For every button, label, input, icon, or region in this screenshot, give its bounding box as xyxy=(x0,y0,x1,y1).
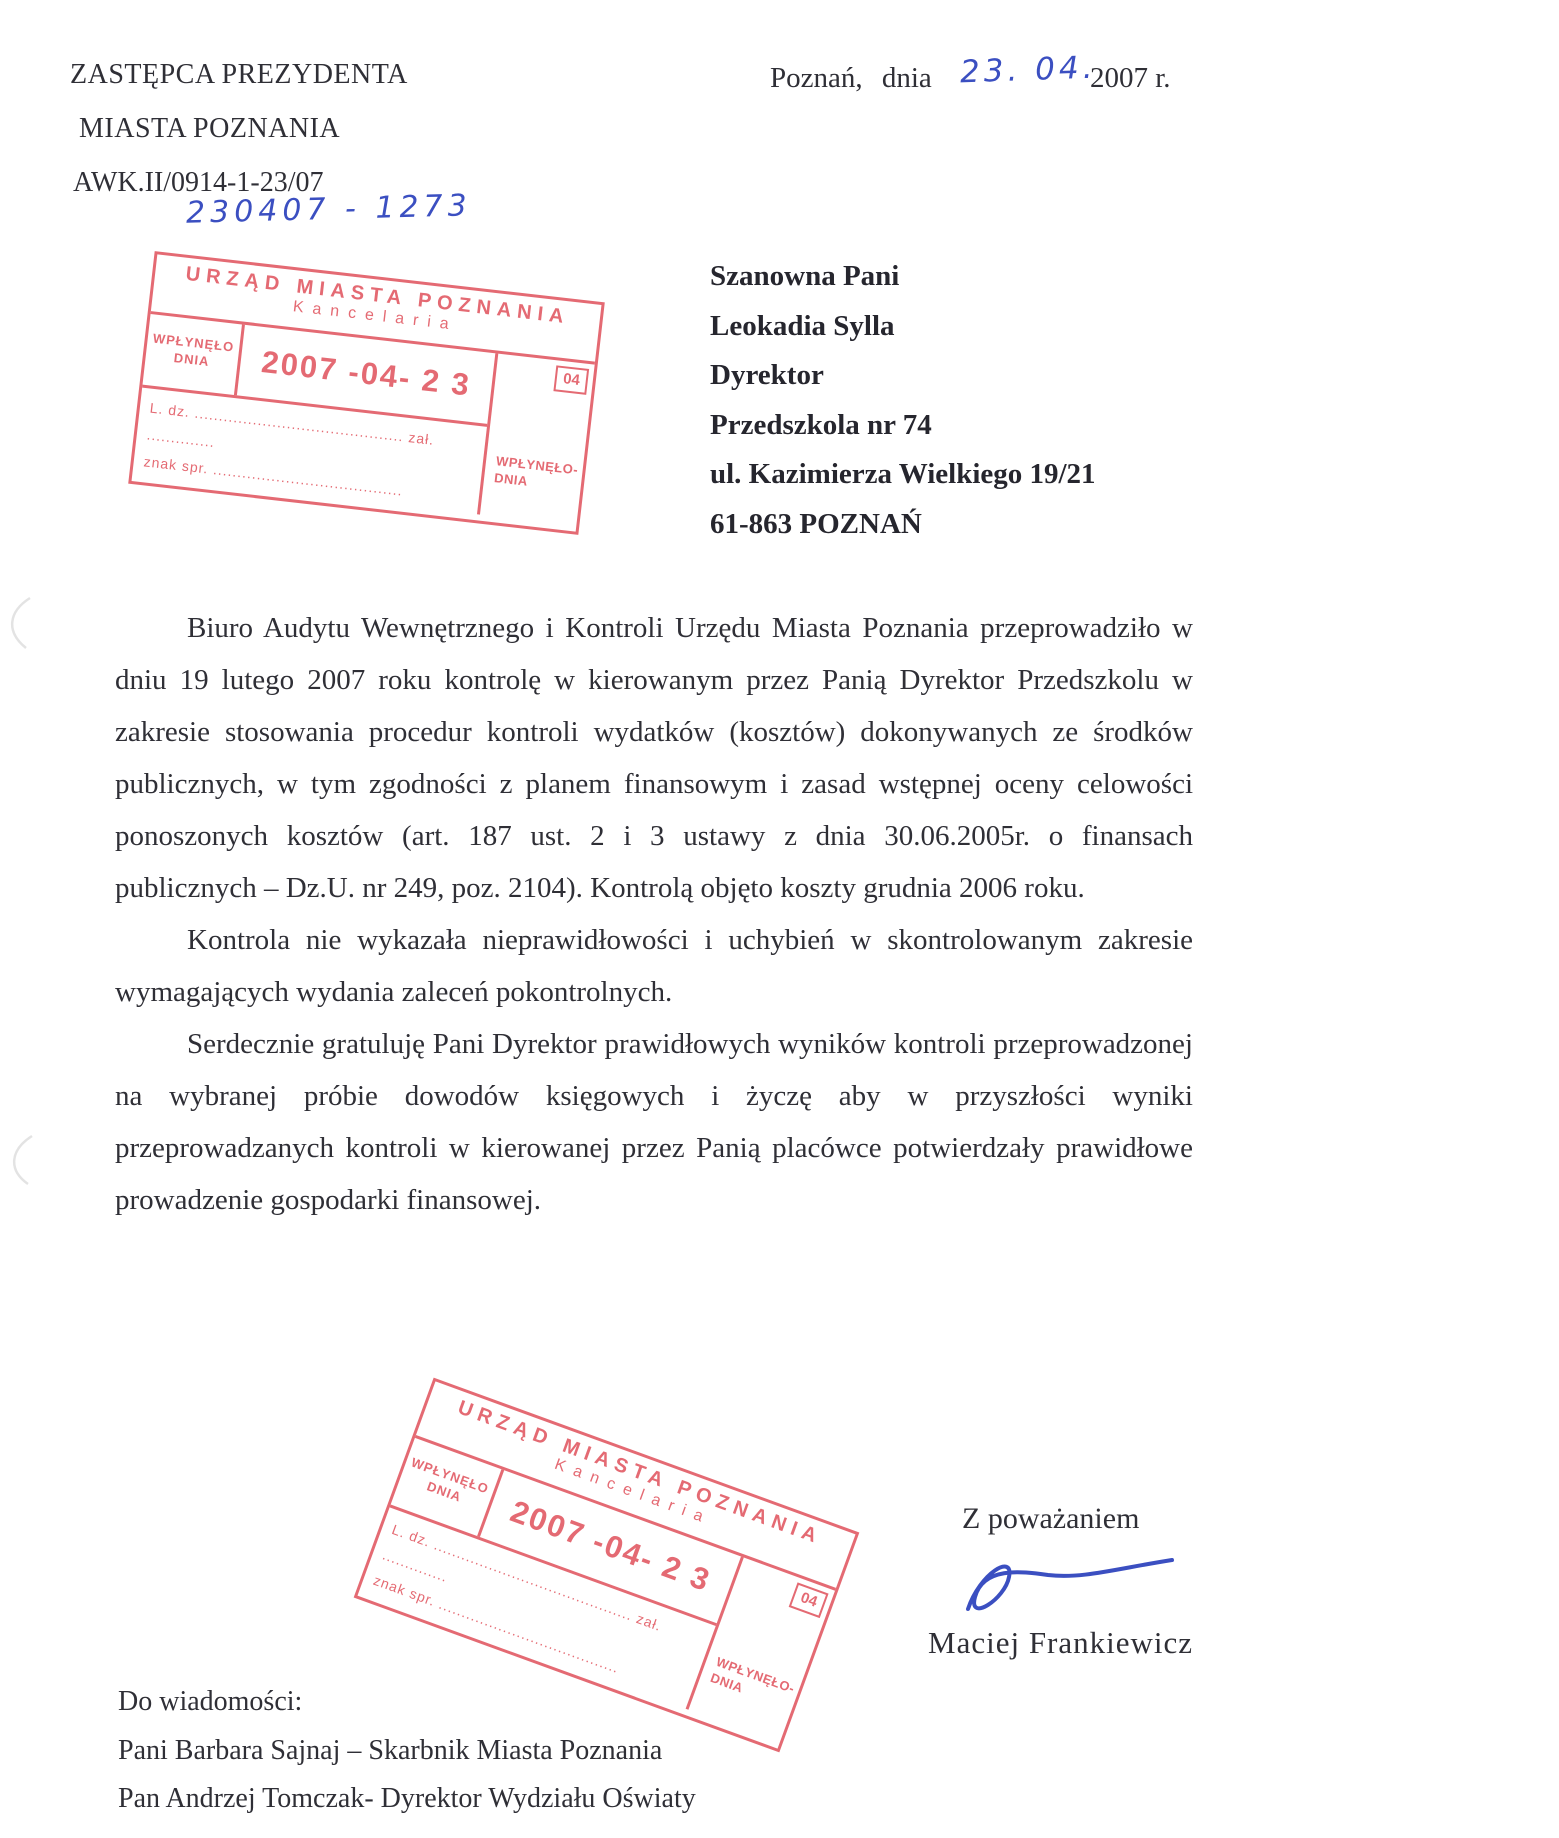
body-paragraph-1: Biuro Audytu Wewnętrznego i Kontroli Urz… xyxy=(115,602,1193,914)
stamp-received-label-2: WPŁYNĘŁO- DNIA xyxy=(708,1653,797,1713)
recipient-city: 61-863 POZNAŃ xyxy=(710,500,1096,550)
cc-line-1: Pani Barbara Sajnaj – Skarbnik Miasta Po… xyxy=(118,1727,696,1776)
recipient-institution: Przedszkola nr 74 xyxy=(710,401,1096,451)
closing-salutation: Z poważaniem xyxy=(962,1502,1139,1536)
sender-block: ZASTĘPCA PREZYDENTA MIASTA POZNANIA AWK.… xyxy=(70,48,408,210)
cc-label: Do wiadomości: xyxy=(118,1678,696,1727)
year-label: 2007 r. xyxy=(1090,62,1171,95)
recipient-name: Leokadia Sylla xyxy=(710,302,1096,352)
place-date-label: Poznań, dnia xyxy=(770,62,932,95)
signer-name: Maciej Frankiewicz xyxy=(928,1625,1193,1661)
stamp-unit-box: 04 xyxy=(789,1583,829,1619)
signature xyxy=(940,1545,1190,1635)
stamp-received-label-2: WPŁYNĘŁO- DNIA xyxy=(493,452,579,495)
recipient-street: ul. Kazimierza Wielkiego 19/21 xyxy=(710,450,1096,500)
sender-organization: MIASTA POZNANIA xyxy=(70,102,408,156)
recipient-position: Dyrektor xyxy=(710,351,1096,401)
body-paragraph-3: Serdecznie gratuluję Pani Dyrektor prawi… xyxy=(115,1018,1193,1226)
cc-line-2: Pan Andrzej Tomczak- Dyrektor Wydziału O… xyxy=(118,1775,696,1824)
stamp-unit-box: 04 xyxy=(554,365,589,395)
scan-artifact xyxy=(0,592,40,652)
recipient-block: Szanowna Pani Leokadia Sylla Dyrektor Pr… xyxy=(710,252,1096,549)
sender-title: ZASTĘPCA PREZYDENTA xyxy=(70,48,408,102)
scanned-letter-page: ZASTĘPCA PREZYDENTA MIASTA POZNANIA AWK.… xyxy=(0,0,1559,1838)
intake-stamp-top: URZĄD MIASTA POZNANIA Kancelaria WPŁYNĘŁ… xyxy=(128,251,605,535)
handwritten-date: 23. 04. xyxy=(959,50,1097,91)
body-paragraph-2: Kontrola nie wykazała nieprawidłowości i… xyxy=(115,914,1193,1018)
cc-block: Do wiadomości: Pani Barbara Sajnaj – Ska… xyxy=(118,1678,696,1824)
scan-artifact xyxy=(0,1128,40,1188)
letter-body: Biuro Audytu Wewnętrznego i Kontroli Urz… xyxy=(115,602,1193,1226)
recipient-salutation: Szanowna Pani xyxy=(710,252,1096,302)
handwritten-ref-number: 230407 - 1273 xyxy=(186,188,473,230)
stamp-received-label: WPŁYNĘŁO DNIA xyxy=(143,314,245,395)
